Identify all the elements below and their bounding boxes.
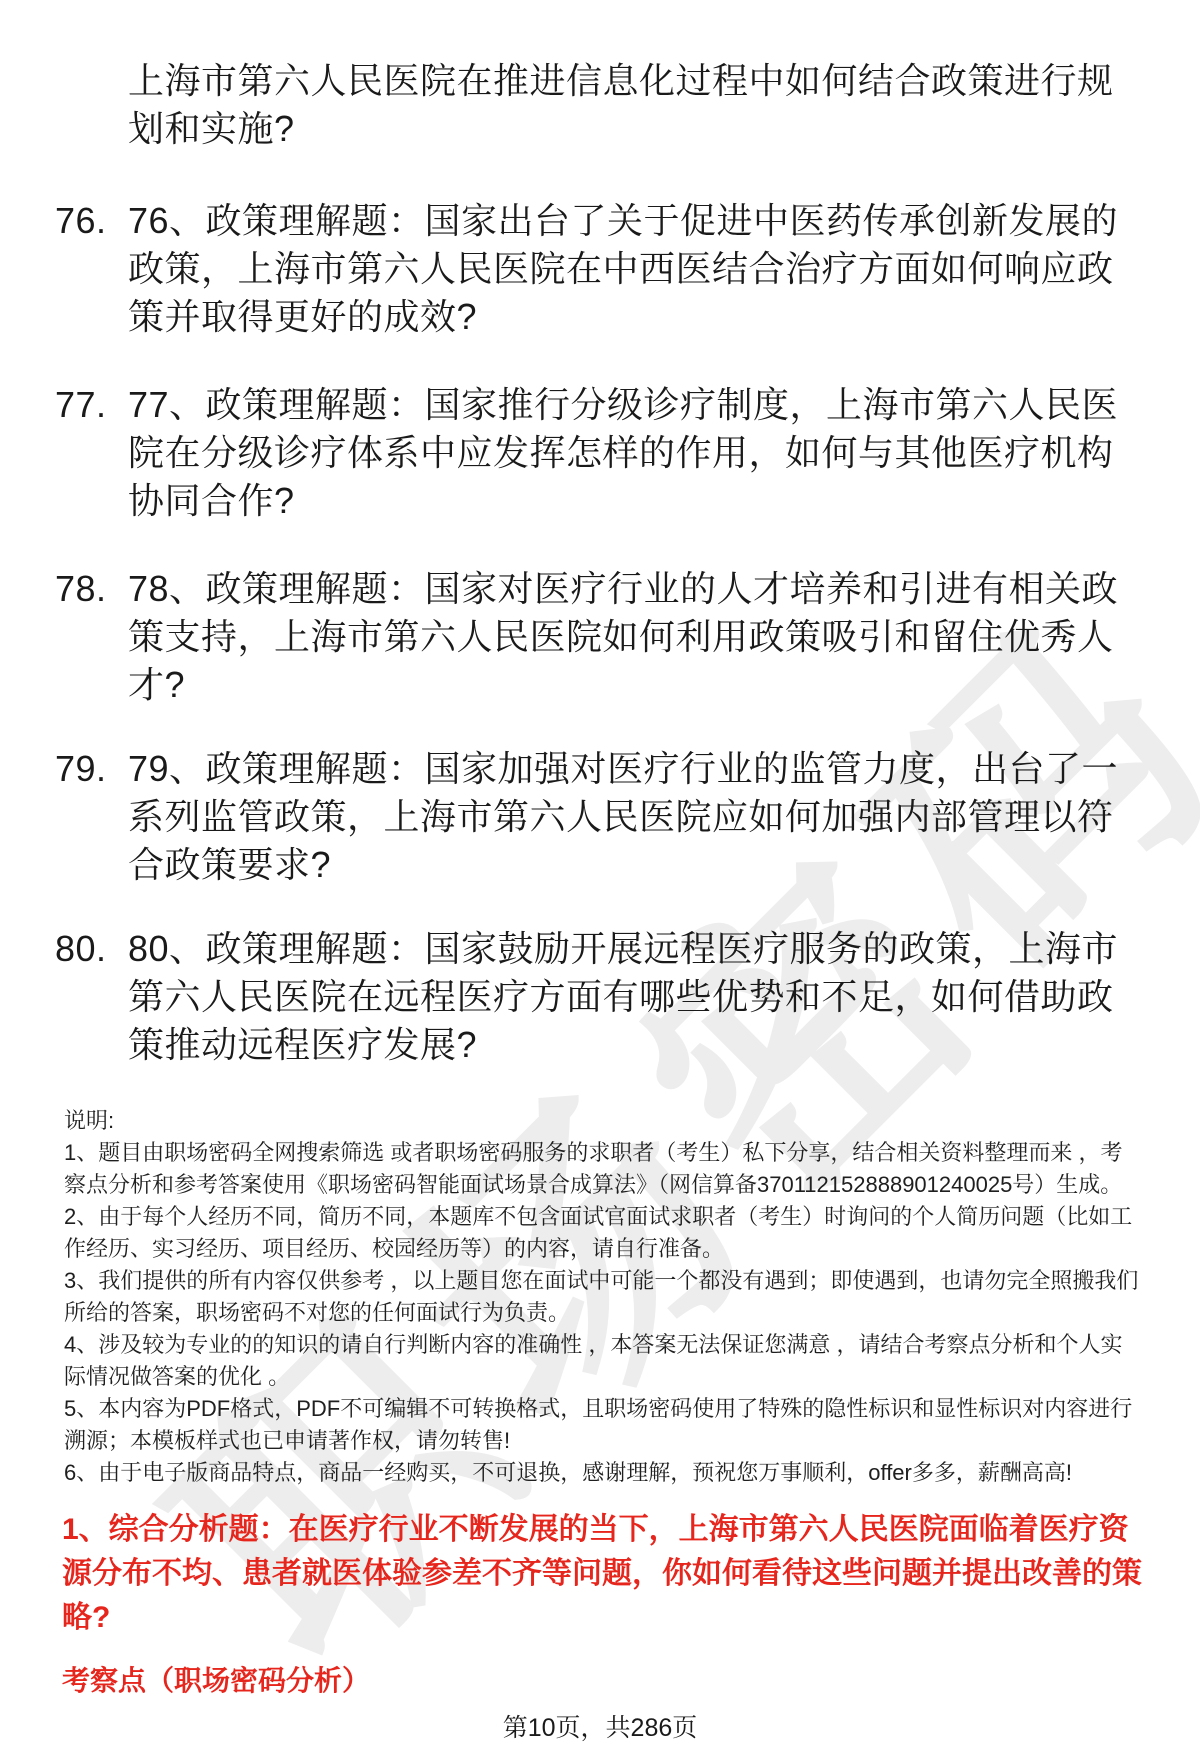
question-number: 78.	[55, 565, 128, 613]
note-item-1: 1、题目由职场密码全网搜索筛选 或者职场密码服务的求职者（考生）私下分享，结合相…	[64, 1137, 1140, 1201]
note-item-2: 2、由于每个人经历不同，简历不同，本题库不包含面试官面试求职者（考生）时询问的个…	[64, 1201, 1140, 1265]
question-text: 76、政策理解题：国家出台了关于促进中医药传承创新发展的政策，上海市第六人民医院…	[128, 197, 1142, 341]
question-number: 76.	[55, 197, 128, 245]
note-item-6: 6、由于电子版商品特点，商品一经购买，不可退换，感谢理解，预祝您万事顺利，off…	[64, 1457, 1140, 1489]
question-text: 80、政策理解题：国家鼓励开展远程医疗服务的政策，上海市第六人民医院在远程医疗方…	[128, 925, 1142, 1069]
question-text: 79、政策理解题：国家加强对医疗行业的监管力度，出台了一系列监管政策，上海市第六…	[128, 745, 1142, 889]
question-75-continuation: 上海市第六人民医院在推进信息化过程中如何结合政策进行规划和实施?	[128, 57, 1142, 153]
question-number: 80.	[55, 925, 128, 973]
question-number: 77.	[55, 381, 128, 429]
page-number-indicator: 第10页，共286页	[0, 1711, 1200, 1745]
note-item-4: 4、涉及较为专业的的知识的请自行判断内容的准确性 ，本答案无法保证您满意 ，请结…	[64, 1329, 1140, 1393]
document-page: 职场密码 上海市第六人民医院在推进信息化过程中如何结合政策进行规划和实施? 76…	[0, 0, 1200, 1755]
question-number: 79.	[55, 745, 128, 793]
question-item-80: 80. 80、政策理解题：国家鼓励开展远程医疗服务的政策，上海市第六人民医院在远…	[0, 925, 1200, 1069]
question-item-77: 77. 77、政策理解题：国家推行分级诊疗制度，上海市第六人民医院在分级诊疗体系…	[0, 381, 1200, 525]
disclaimer-notes: 说明: 1、题目由职场密码全网搜索筛选 或者职场密码服务的求职者（考生）私下分享…	[64, 1105, 1140, 1489]
question-text: 78、政策理解题：国家对医疗行业的人才培养和引进有相关政策支持，上海市第六人民医…	[128, 565, 1142, 709]
notes-title: 说明:	[64, 1105, 1140, 1137]
note-item-3: 3、我们提供的所有内容仅供参考 ，以上题目您在面试中可能一个都没有遇到；即使遇到…	[64, 1265, 1140, 1329]
note-item-5: 5、本内容为PDF格式，PDF不可编辑不可转换格式，且职场密码使用了特殊的隐性标…	[64, 1393, 1140, 1457]
question-item-76: 76. 76、政策理解题：国家出台了关于促进中医药传承创新发展的政策，上海市第六…	[0, 197, 1200, 341]
analysis-section-heading: 考察点（职场密码分析）	[62, 1661, 1200, 1701]
highlight-question-1: 1、综合分析题：在医疗行业不断发展的当下，上海市第六人民医院面临着医疗资源分布不…	[62, 1508, 1152, 1640]
question-item-79: 79. 79、政策理解题：国家加强对医疗行业的监管力度，出台了一系列监管政策，上…	[0, 745, 1200, 889]
question-item-78: 78. 78、政策理解题：国家对医疗行业的人才培养和引进有相关政策支持，上海市第…	[0, 565, 1200, 709]
question-text: 77、政策理解题：国家推行分级诊疗制度，上海市第六人民医院在分级诊疗体系中应发挥…	[128, 381, 1142, 525]
page-content: 上海市第六人民医院在推进信息化过程中如何结合政策进行规划和实施? 76. 76、…	[0, 0, 1200, 1745]
